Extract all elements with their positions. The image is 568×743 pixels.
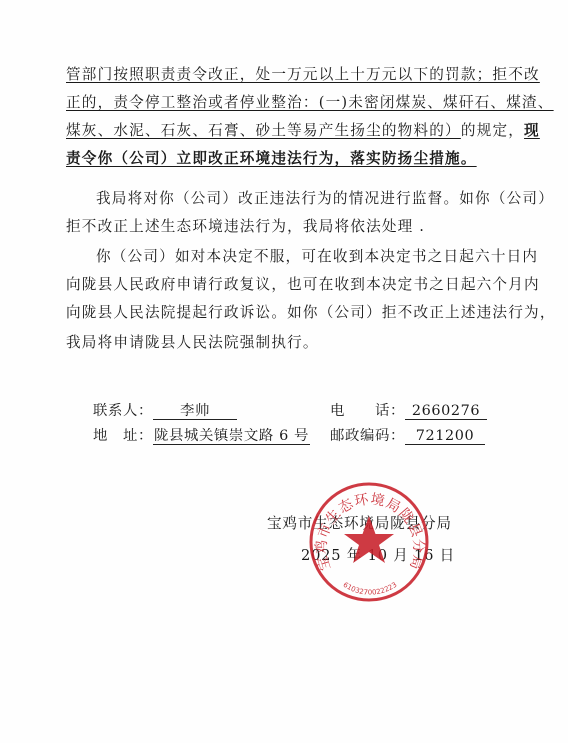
paragraph3-line-1: 你（公司）如对本决定不服，可在收到本决定书之日起六十日内 (96, 248, 538, 266)
official-seal-stamp: 宝鸡市生态环境局陇县分局 6103270022223 (307, 480, 431, 604)
address-row: 地 址：陇县城关镇崇文路 6 号 (93, 427, 310, 445)
seal-code-text: 6103270022223 (342, 581, 399, 597)
paragraph2-line-2: 拒不改正上述生态环境违法行为，我局将依法处理 . (66, 218, 425, 236)
contact-person-value: 李帅 (153, 403, 237, 420)
text-segment: 煤灰、水泥、石灰、石膏、砂土等易产生扬尘的物料的） (66, 122, 461, 139)
paragraph1-line-1: 管部门按照职责责令改正，处一万元以上十万元以下的罚款；拒不改 (66, 66, 540, 84)
phone-row: 电 话：2660276 (330, 402, 487, 420)
contact-person-label: 联系人： (93, 403, 153, 419)
paragraph1-line-2: 正的，责令停工整治或者停业整治：(一)未密闭煤炭、煤矸石、煤渣、 (66, 94, 554, 112)
text-segment: 的规定， (461, 122, 524, 139)
seal-star-icon (344, 516, 394, 563)
address-label: 地 址： (93, 428, 153, 444)
text-segment: 现 (524, 122, 540, 139)
postcode-value: 721200 (405, 428, 485, 445)
text-segment: 管部门按照职责责令改正，处一万元以上十万元以下的罚款；拒不改 (66, 66, 540, 83)
postcode-row: 邮政编码：721200 (330, 427, 485, 445)
text-segment: 正的，责令停工整治或者停业整治：(一)未密闭煤炭、煤矸石、煤渣、 (66, 94, 554, 111)
paragraph3-line-2: 向陇县人民政府申请行政复议，也可在收到本决定书之日起六个月内 (66, 276, 540, 294)
phone-value: 2660276 (405, 403, 487, 420)
contact-person-row: 联系人：李帅 (93, 402, 237, 420)
address-value: 陇县城关镇崇文路 6 号 (153, 428, 310, 445)
paragraph3-line-3: 向陇县人民法院提起行政诉讼。如你（公司）拒不改正上述违法行为， (66, 304, 556, 322)
text-segment: 责令你（公司）立即改正环境违法行为，落实防扬尘措施。 (66, 150, 477, 167)
phone-label: 电 话： (330, 403, 405, 419)
paragraph2-line-1: 我局将对你（公司）改正违法行为的情况进行监督。如你（公司） (96, 190, 554, 208)
document-page: 管部门按照职责责令改正，处一万元以上十万元以下的罚款；拒不改 正的，责令停工整治… (0, 0, 568, 743)
paragraph3-line-4: 我局将申请陇县人民法院强制执行。 (66, 334, 319, 352)
postcode-label: 邮政编码： (330, 428, 405, 444)
paragraph1-line-4: 责令你（公司）立即改正环境违法行为，落实防扬尘措施。 (66, 150, 477, 168)
paragraph1-line-3: 煤灰、水泥、石灰、石膏、砂土等易产生扬尘的物料的）的规定，现 (66, 122, 540, 140)
